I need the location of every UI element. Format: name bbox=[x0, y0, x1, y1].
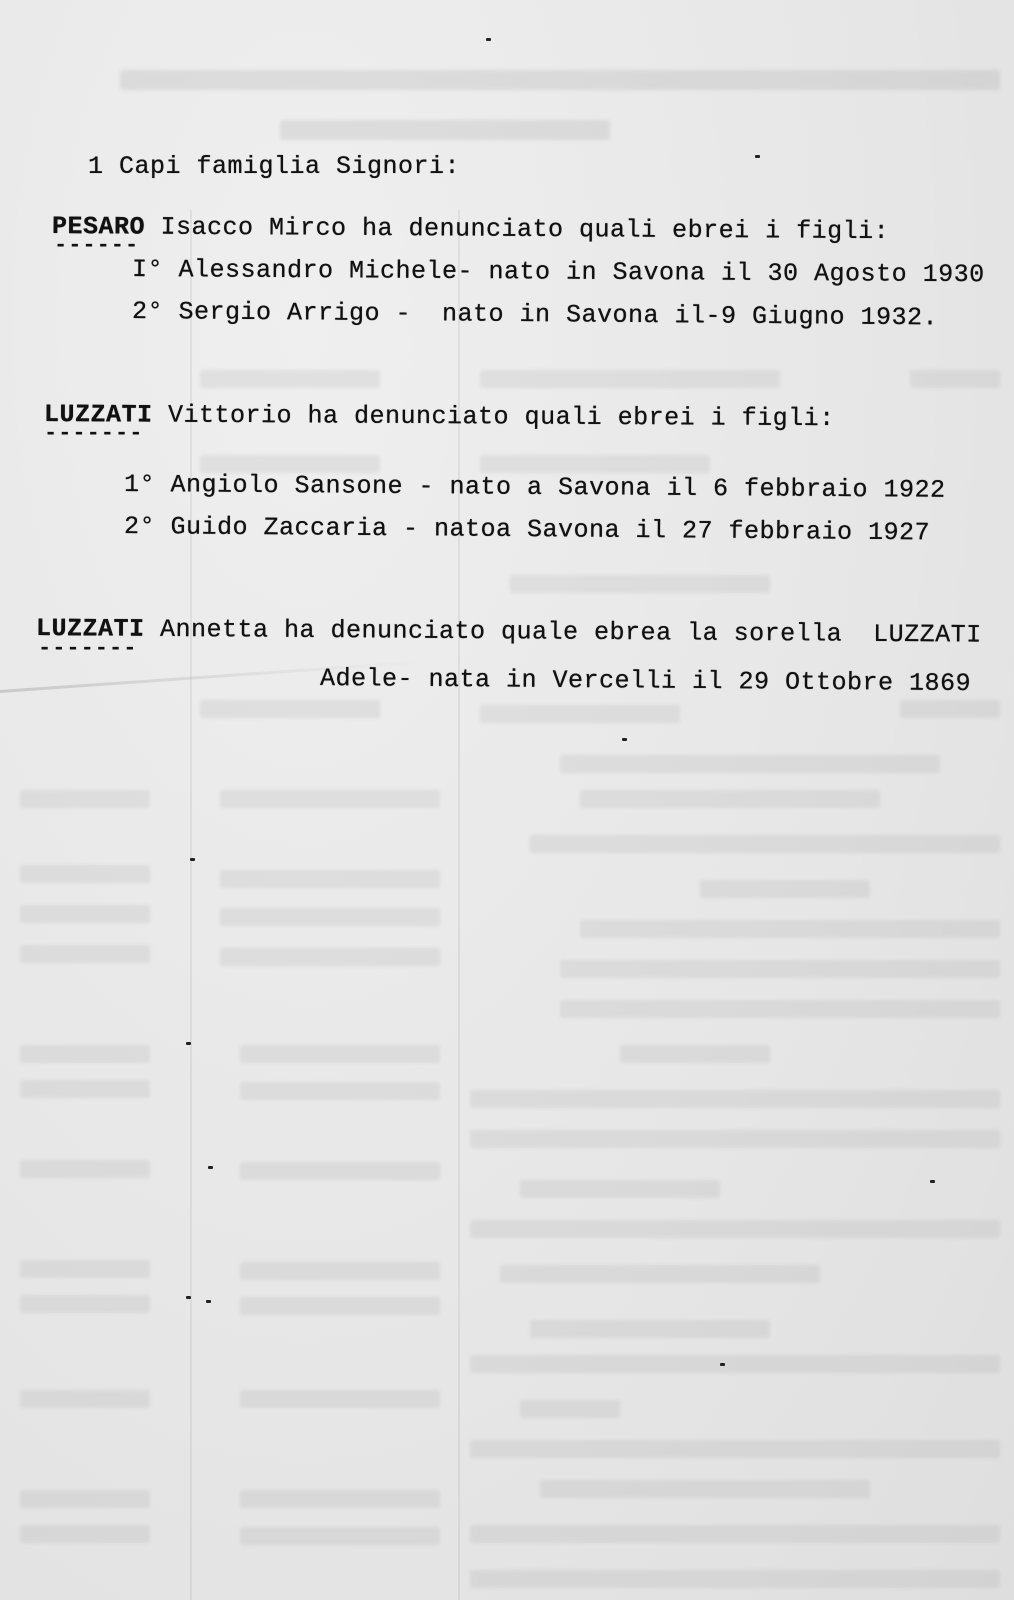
entry-header: LUZZATI Vittorio ha denunciato quali ebr… bbox=[44, 400, 835, 433]
child-line: 1° Angiolo Sansone - nato a Savona il 6 … bbox=[124, 470, 946, 505]
declaration: Vittorio ha denunciato quali ebrei i fig… bbox=[168, 401, 835, 433]
surname-underline: ------- bbox=[44, 421, 143, 446]
surname-underline: ------ bbox=[54, 233, 139, 258]
declaration: Isacco Mirco ha denunciato quali ebrei i… bbox=[160, 213, 889, 246]
declaration: Annetta ha denunciato quale ebrea la sor… bbox=[160, 615, 982, 650]
entry-header: PESARO Isacco Mirco ha denunciato quali … bbox=[52, 212, 889, 246]
child-line: I° Alessandro Michele- nato in Savona il… bbox=[132, 255, 985, 289]
surname-underline: ------- bbox=[38, 636, 137, 661]
child-line: Adele- nata in Vercelli il 29 Ottobre 18… bbox=[320, 664, 971, 698]
intro-line: 1 Capi famiglia Signori: bbox=[88, 152, 460, 181]
